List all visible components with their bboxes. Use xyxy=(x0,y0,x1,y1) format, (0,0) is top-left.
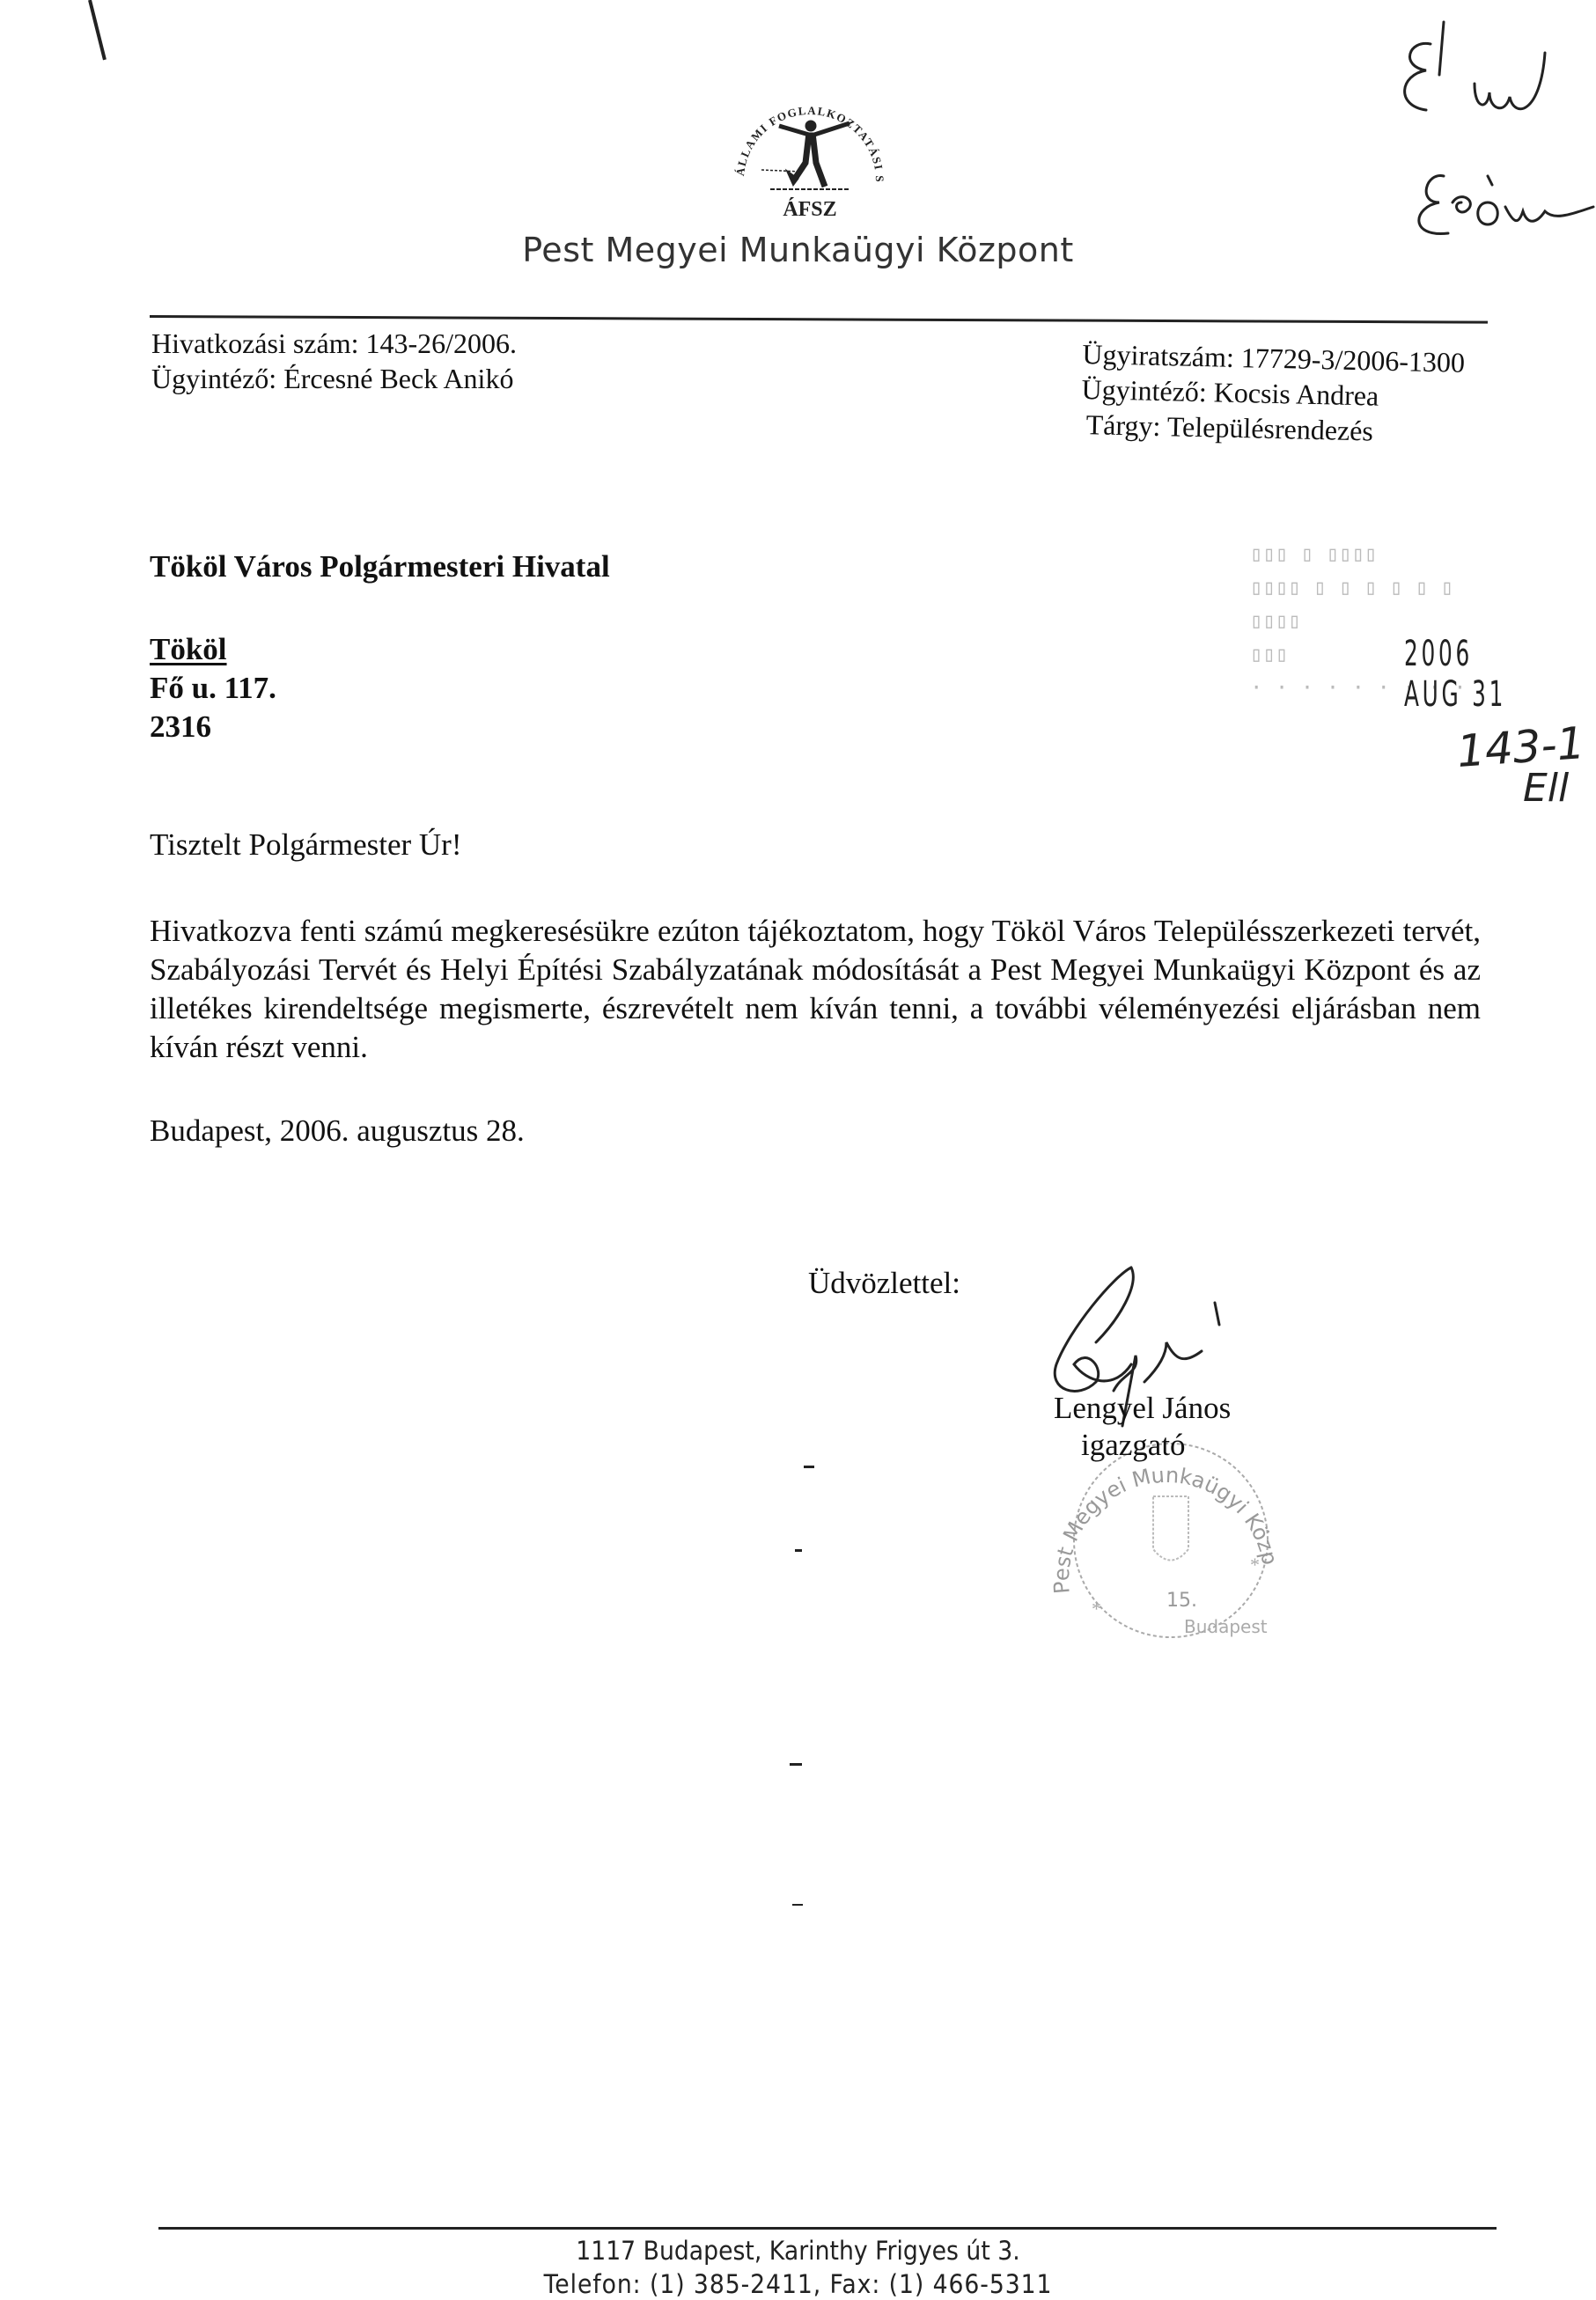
closing: Üdvözlettel: xyxy=(808,1266,960,1301)
signatory-title: igazgató xyxy=(1081,1428,1186,1463)
scan-speck xyxy=(790,1763,802,1766)
header-divider xyxy=(150,315,1488,324)
scan-speck xyxy=(792,1904,803,1906)
scan-speck xyxy=(795,1549,802,1552)
coat-of-arms-icon xyxy=(1153,1496,1188,1561)
addressee-street: Fő u. 117. xyxy=(150,669,610,708)
scan-speck xyxy=(804,1466,814,1468)
afsz-logo: ÁLLAMI FOGLALKOZTATÁSI SZOLGÁLAT ÁFSZ xyxy=(717,75,902,224)
salutation: Tisztelt Polgármester Úr! xyxy=(150,827,462,863)
footer-phone-fax: Telefon: (1) 385-2411, Fax: (1) 466-5311 xyxy=(64,2269,1533,2299)
footer-address: 1117 Budapest, Karinthy Frigyes út 3. xyxy=(64,2236,1533,2266)
footer-divider xyxy=(158,2227,1497,2230)
svg-text:15.: 15. xyxy=(1166,1590,1197,1612)
letter-body: Hivatkozva fenti számú megkeresésükre ez… xyxy=(150,912,1481,1067)
human-figure-icon xyxy=(761,121,849,189)
addressee-city: Tököl xyxy=(150,630,610,669)
svg-text:ÁFSZ: ÁFSZ xyxy=(783,198,836,221)
svg-text:*: * xyxy=(1250,1554,1260,1576)
signatory-name: Lengyel János xyxy=(1054,1391,1231,1426)
case-officer-left: Ügyintéző: Ércesné Beck Anikó xyxy=(151,361,517,396)
addressee-block: Tököl Város Polgármesteri Hivatal Tököl … xyxy=(150,547,610,746)
received-date: 2006 AUG 31 xyxy=(1404,634,1523,715)
reference-left: Hivatkozási szám: 143-26/2006. Ügyintéző… xyxy=(151,326,517,396)
svg-text:*: * xyxy=(1092,1598,1101,1620)
handwritten-top-note: Él Előre xyxy=(1391,13,1596,242)
svg-text:Budapest: Budapest xyxy=(1184,1616,1268,1637)
addressee-name: Tököl Város Polgármesteri Hivatal xyxy=(150,547,610,586)
addressee-postcode: 2316 xyxy=(150,708,610,746)
reference-number: Hivatkozási szám: 143-26/2006. xyxy=(151,326,517,361)
scan-mark xyxy=(88,0,107,60)
reference-right: Ügyiratszám: 17729-3/2006-1300 Ügyintéző… xyxy=(1080,336,1465,451)
place-date: Budapest, 2006. augusztus 28. xyxy=(150,1113,525,1149)
organization-name: Pest Megyei Munkaügyi Központ xyxy=(0,231,1596,269)
handwritten-note: Ell xyxy=(1523,766,1569,811)
subject: Tárgy: Településrendezés xyxy=(1080,407,1463,451)
